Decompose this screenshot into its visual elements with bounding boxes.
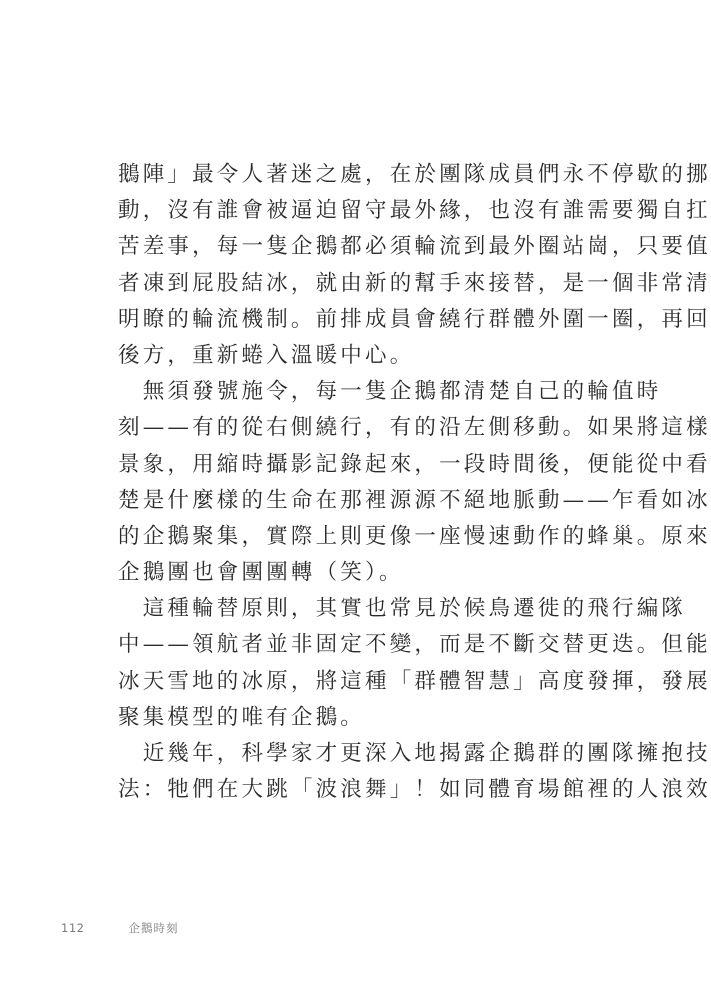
running-title: 企鵝時刻: [128, 920, 178, 936]
text-line: 動，沒有誰會被逼迫留守最外緣，也沒有誰需要獨自扛下: [118, 193, 598, 229]
text-line: 明瞭的輪流機制。前排成員會繞行群體外圍一圈，再回到: [118, 302, 598, 338]
text-line: 中——領航者並非固定不變，而是不斷交替更迭。但能在: [118, 627, 598, 663]
text-line: 近幾年，科學家才更深入地揭露企鵝群的團隊擁抱技: [118, 736, 598, 772]
page-footer: 112 企鵝時刻: [61, 920, 178, 936]
text-line: 者凍到屁股結冰，就由新的幫手來接替，是一個非常清楚: [118, 266, 598, 302]
text-line: 鵝陣」最令人著迷之處，在於團隊成員們永不停歇的挪: [118, 157, 598, 193]
text-line: 楚是什麼樣的生命在那裡源源不絕地脈動——乍看如冰封: [118, 483, 598, 519]
text-line: 法：牠們在大跳「波浪舞」！如同體育場館裡的人浪效: [118, 772, 598, 808]
text-line: 這種輪替原則，其實也常見於候鳥遷徙的飛行編隊: [118, 591, 598, 627]
text-line: 的企鵝聚集，實際上則更像一座慢速動作的蜂巢。原來，: [118, 519, 598, 555]
text-line: 企鵝團也會團團轉（笑）。: [118, 555, 598, 591]
text-line: 苦差事，每一隻企鵝都必須輪流到最外圈站崗，只要值勤: [118, 229, 598, 265]
text-line: 聚集模型的唯有企鵝。: [118, 700, 598, 736]
text-line: 無須發號施令，每一隻企鵝都清楚自己的輪值時: [118, 374, 598, 410]
page-number: 112: [61, 921, 84, 935]
text-line: 後方，重新蜷入溫暖中心。: [118, 338, 598, 374]
text-line: 冰天雪地的冰原，將這種「群體智慧」高度發揮，發展出: [118, 664, 598, 700]
book-page: 鵝陣」最令人著迷之處，在於團隊成員們永不停歇的挪 動，沒有誰會被逼迫留守最外緣，…: [0, 0, 711, 1000]
text-line: 景象，用縮時攝影記錄起來，一段時間後，便能從中看清: [118, 447, 598, 483]
body-text: 鵝陣」最令人著迷之處，在於團隊成員們永不停歇的挪 動，沒有誰會被逼迫留守最外緣，…: [118, 157, 598, 808]
text-line: 刻——有的從右側繞行，有的沿左側移動。如果將這樣的: [118, 410, 598, 446]
